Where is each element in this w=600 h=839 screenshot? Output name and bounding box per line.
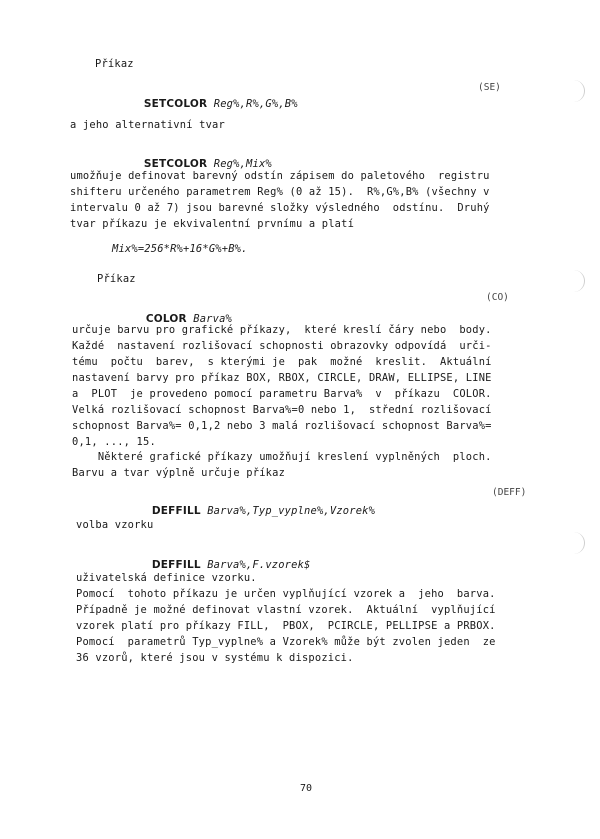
- text-line: Případně je možné definovat vlastní vzor…: [76, 604, 496, 616]
- text-line: schopnost Barva%= 0,1,2 nebo 3 malá rozl…: [72, 420, 492, 432]
- page-number: 70: [300, 783, 312, 794]
- mix-formula: Mix%=256*R%+16*G%+B%.: [112, 243, 248, 255]
- setcolor-syntax-1: SETCOLOR Reg%,R%,G%,B%: [118, 86, 298, 122]
- pattern-choice-text: volba vzorku: [76, 519, 153, 531]
- command-args: Barva%,Typ_vyplne%,Vzorek%: [207, 505, 375, 517]
- text-line: určuje barvu pro grafické příkazy, které…: [72, 324, 492, 336]
- binding-hole-mark: [574, 80, 585, 102]
- command-keyword: SETCOLOR: [144, 98, 207, 110]
- command-args: Barva%,F.vzorek$: [207, 559, 310, 571]
- text-line: Barvu a tvar výplně určuje příkaz: [72, 467, 285, 479]
- abbrev-tag-se: (SE): [478, 82, 501, 93]
- alt-form-text: a jeho alternativní tvar: [70, 119, 225, 131]
- text-line: vzorek platí pro příkazy FILL, PBOX, PCI…: [76, 620, 496, 632]
- intro-prikaz-2: Příkaz: [97, 273, 136, 285]
- command-keyword: DEFFILL: [152, 505, 201, 517]
- command-args: Reg%,R%,G%,B%: [214, 98, 298, 110]
- text-line: intervalu 0 až 7) jsou barevné složky vý…: [70, 202, 490, 214]
- text-line: 36 vzorů, které jsou v systému k dispozi…: [76, 652, 354, 664]
- binding-hole-mark: [574, 270, 585, 292]
- text-line: tému počtu barev, s kterými je pak možné…: [72, 356, 492, 368]
- text-line: Pomocí parametrů Typ_vyplne% a Vzorek% m…: [76, 636, 496, 648]
- text-line: a PLOT je provedeno pomocí parametru Bar…: [72, 388, 492, 400]
- abbrev-tag-deff: (DEFF): [492, 487, 526, 498]
- command-keyword: SETCOLOR: [144, 158, 207, 170]
- text-line: shifteru určeného parametrem Reg% (0 až …: [70, 186, 490, 198]
- binding-hole-mark: [574, 532, 585, 554]
- text-line: Velká rozlišovací schopnost Barva%=0 neb…: [72, 404, 492, 416]
- text-line: uživatelská definice vzorku.: [76, 572, 257, 584]
- text-line: nastavení barvy pro příkaz BOX, RBOX, CI…: [72, 372, 492, 384]
- text-line: 0,1, ..., 15.: [72, 436, 156, 448]
- intro-prikaz-1: Příkaz: [95, 58, 134, 70]
- abbrev-tag-co: (CO): [486, 292, 509, 303]
- text-line: umožňuje definovat barevný odstín zápise…: [70, 170, 490, 182]
- text-line: Některé grafické příkazy umožňují kresle…: [72, 451, 492, 463]
- text-line: Každé nastavení rozlišovací schopnosti o…: [72, 340, 492, 352]
- command-keyword: DEFFILL: [152, 559, 201, 571]
- text-line: tvar příkazu je ekvivalentní prvnímu a p…: [70, 218, 354, 230]
- deffill-syntax-1: DEFFILL Barva%,Typ_vyplne%,Vzorek%: [126, 493, 375, 529]
- command-args: Reg%,Mix%: [214, 158, 272, 170]
- text-line: Pomocí tohoto příkazu je určen vyplňujíc…: [76, 588, 496, 600]
